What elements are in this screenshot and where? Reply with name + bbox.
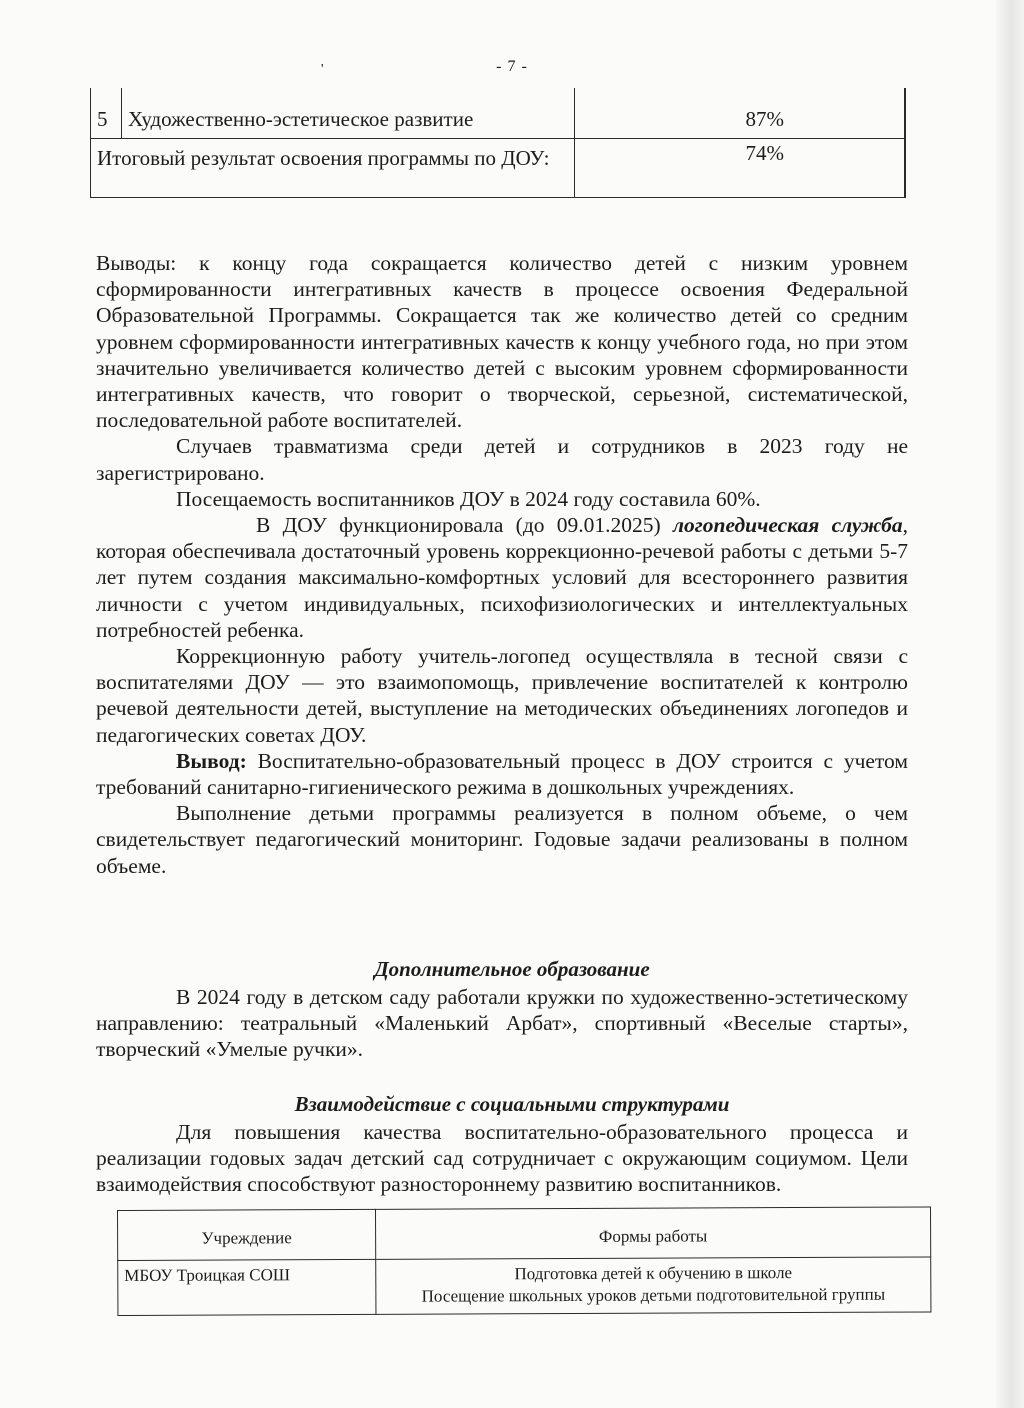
speech-service-pre: В ДОУ функционировала (до 09.01.2025) (256, 513, 673, 537)
row-label: Художественно-эстетическое развитие (122, 88, 575, 139)
paragraph-speech-service: В ДОУ функционировала (до 09.01.2025) ло… (96, 512, 908, 643)
main-text-block: Выводы: к концу года сокращается количес… (96, 250, 908, 879)
paragraph-fulfillment: Выполнение детьми программы реализуется … (96, 800, 908, 879)
total-label: Итоговый результат освоения программы по… (91, 139, 575, 198)
paragraph-conclusions: Выводы: к концу года сокращается количес… (96, 250, 908, 433)
header-forms: Формы работы (375, 1207, 930, 1259)
page-number: - 7 - (0, 58, 1024, 76)
paragraph-attendance: Посещаемость воспитанников ДОУ в 2024 го… (96, 486, 908, 512)
results-table: 5 Художественно-эстетическое развитие 87… (90, 88, 906, 198)
paragraph-injuries: Случаев травматизма среди детей и сотруд… (96, 433, 908, 485)
cell-institution: МБОУ Троицкая СОШ (118, 1259, 376, 1315)
heading-additional-education: Дополнительное образование (0, 957, 1024, 982)
social-table: Учреждение Формы работы МБОУ Троицкая СО… (117, 1206, 931, 1316)
paragraph-social-structures: Для повышения качества воспитательно-обр… (96, 1119, 908, 1198)
form-item: Посещение школьных уроков детьми подгото… (382, 1283, 924, 1307)
table-row: 5 Художественно-эстетическое развитие 87… (91, 88, 906, 139)
header-institution: Учреждение (118, 1209, 376, 1260)
row-value: 87% (575, 88, 906, 139)
paragraph-additional-education: В 2024 году в детском саду работали круж… (96, 984, 908, 1063)
speech-service-emphasis: логопедическая служба (673, 513, 903, 537)
row-number: 5 (91, 88, 122, 139)
total-value: 74% (575, 139, 906, 198)
cell-forms: Подготовка детей к обучению в школе Посе… (376, 1257, 931, 1314)
form-item: Подготовка детей к обучению в школе (382, 1261, 924, 1285)
table-row-total: Итоговый результат освоения программы по… (91, 139, 906, 198)
conclusion-label: Вывод: (176, 749, 247, 773)
table-row: МБОУ Троицкая СОШ Подготовка детей к обу… (118, 1257, 931, 1316)
table-header-row: Учреждение Формы работы (118, 1207, 931, 1261)
paragraph-conclusion: Вывод: Воспитательно-образовательный про… (96, 748, 908, 800)
paragraph-correction: Коррекционную работу учитель-логопед осу… (96, 643, 908, 748)
heading-social-structures: Взаимодействие с социальными структурами (0, 1092, 1024, 1117)
scan-edge-shadow (996, 0, 1024, 1408)
